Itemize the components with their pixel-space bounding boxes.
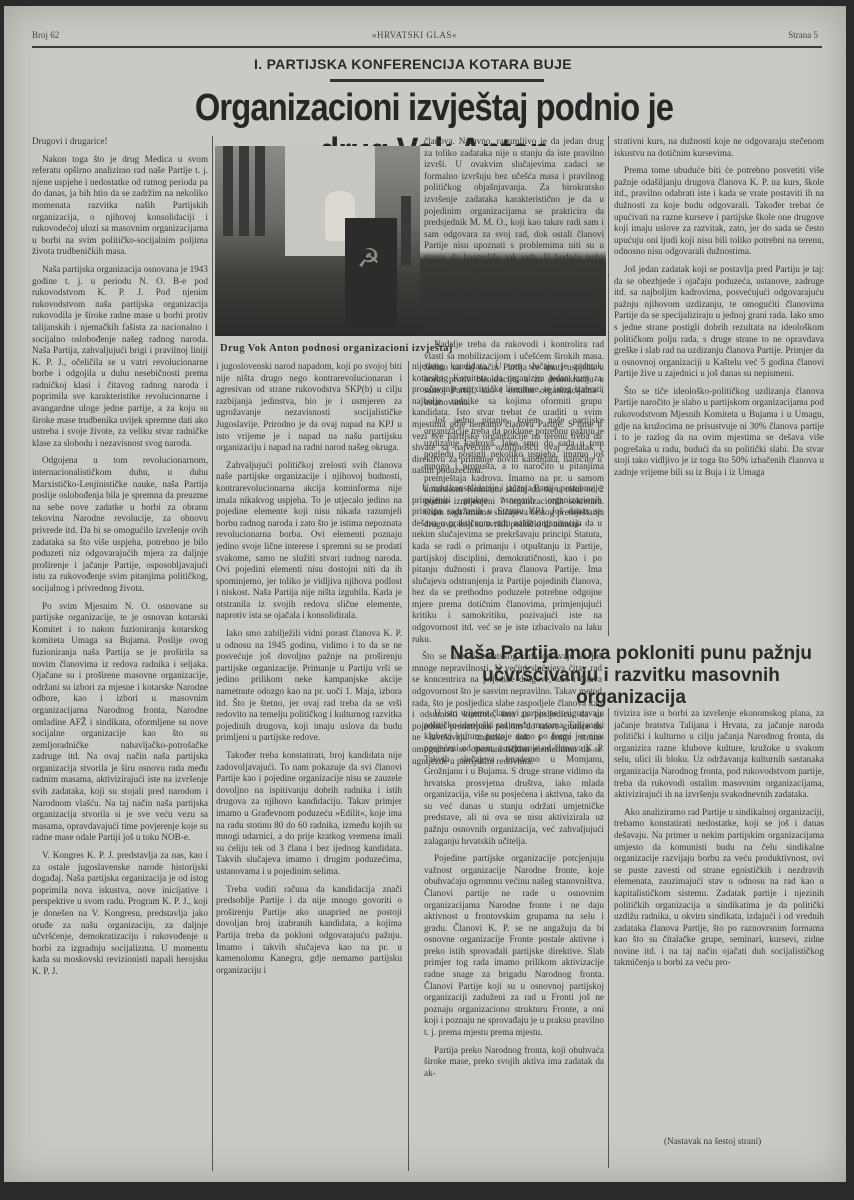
newspaper-page: Broj 62 »HRVATSKI GLAS« Strana 5 I. PART…	[4, 6, 846, 1182]
column-1: Drugovi i drugarice! Nakon toga što je d…	[32, 136, 208, 984]
paragraph: Još jedno pitanje, kojem naše partijske …	[424, 415, 604, 531]
paragraph: članova. Naravno, razumljivo je da jedan…	[424, 136, 604, 333]
paragraph: Odgojena u tom revolucionarnom, internac…	[32, 455, 208, 594]
column-5: strativni kurs, na dužnosti koje ne odgo…	[614, 136, 824, 485]
kicker-rule	[330, 79, 544, 82]
column-divider	[608, 136, 609, 636]
paragraph: Ako analiziramo rad Partije u sindikalno…	[614, 807, 824, 969]
paragraph: Po svim Mjesnim N. O. osnovane su partij…	[32, 601, 208, 844]
paragraph: i jugoslovenski narod napadom, koji po s…	[216, 361, 402, 454]
flag-icon	[401, 196, 411, 266]
paragraph: Naša partijska organizacija osnovana je …	[32, 264, 208, 450]
sub-article-column-b: tivizira iste u borbi za izvršenje ekono…	[614, 708, 824, 975]
paragraph: Što se tiče ideološko-političkog uzdizan…	[614, 386, 824, 479]
paragraph: Partija preko Narodnog fronta, koji obuh…	[424, 1045, 604, 1080]
paragraph: U isto vrijeme članovi partije ne osigur…	[424, 708, 604, 847]
photo-speaker-at-podium: ☭	[215, 146, 420, 336]
sub-article-column-a: U isto vrijeme članovi partije ne osigur…	[424, 708, 604, 1085]
flag-icon	[223, 146, 233, 236]
flag-icon	[239, 146, 249, 236]
paragraph: Zahvaljujući političkoj zrelosti svih čl…	[216, 460, 402, 622]
paragraph: Prema tome ubuduće biti će potrebno posv…	[614, 165, 824, 258]
column-divider	[212, 136, 213, 1171]
kicker: I. PARTIJSKA KONFERENCIJA KOTARA BUJE	[254, 56, 572, 72]
paragraph: Treba voditi računa da kandidacija znači…	[216, 884, 402, 977]
continuation-note: (Nastavak na šestoj strani)	[664, 1136, 761, 1146]
paragraph: Nakon toga što je drug Medica u svom ref…	[32, 154, 208, 258]
issue-number: Broj 62	[32, 30, 59, 40]
running-head: Broj 62 »HRVATSKI GLAS« Strana 5	[32, 30, 818, 44]
header-rule	[32, 46, 822, 48]
salutation: Drugovi i drugarice!	[32, 136, 208, 148]
column-2: i jugoslovenski narod napadom, koji po s…	[216, 361, 402, 982]
paragraph: tivizira iste u borbi za izvršenje ekono…	[614, 708, 824, 801]
page-number: Strana 5	[788, 30, 818, 40]
paragraph: Također treba konstatirati, broj kandida…	[216, 750, 402, 878]
paragraph: Pojedine partijske organizacije potcjenj…	[424, 853, 604, 1039]
flag-icon	[255, 146, 265, 236]
column-divider	[608, 708, 609, 1168]
paragraph: Nadalje treba da rukovodi i kontrolira r…	[424, 339, 604, 409]
paragraph: Još jedan zadatak koji se postavlja pred…	[614, 264, 824, 380]
column-divider	[408, 361, 409, 1171]
paragraph: Iako smo zabilježili vidni porast članov…	[216, 628, 402, 744]
column-4: članova. Naravno, razumljivo je da jedan…	[424, 136, 604, 537]
paragraph: V. Kongres K. P. J. predstavlja za nas, …	[32, 850, 208, 978]
newspaper-name: »HRVATSKI GLAS«	[372, 30, 457, 40]
sub-article-headline: Naša Partija mora pokloniti punu pažnju …	[426, 643, 836, 709]
paragraph: strativni kurs, na dužnosti koje ne odgo…	[614, 136, 824, 159]
hammer-sickle-icon: ☭	[357, 244, 380, 274]
